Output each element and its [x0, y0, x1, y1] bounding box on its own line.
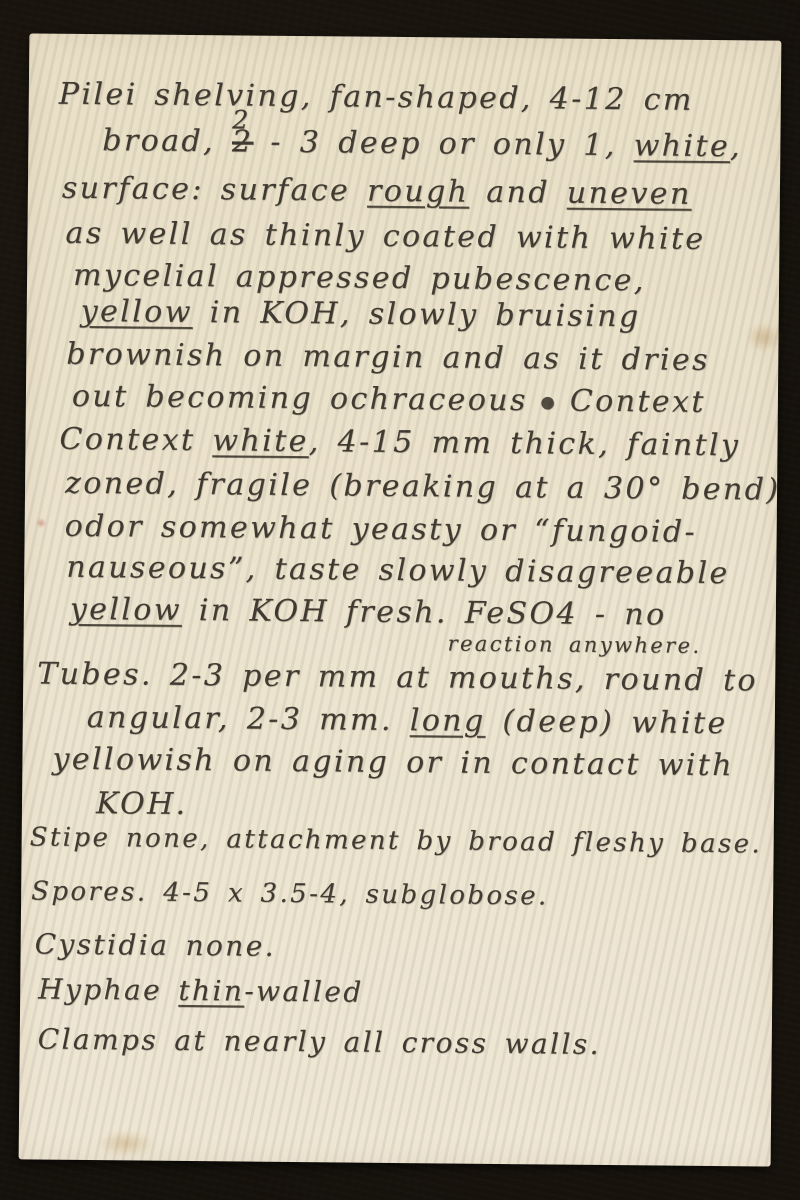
- note-card: Pilei shelving, fan-shaped, 4-12 cmbroad…: [19, 33, 782, 1166]
- handwritten-line: yellow in KOH fresh. FeSO4 - no: [70, 593, 667, 633]
- handwritten-line: reaction anywhere.: [447, 631, 701, 658]
- text-segment: surface: surface: [62, 171, 368, 209]
- text-segment: angular, 2-3 mm.: [87, 700, 410, 738]
- text-segment: Spores. 4-5 x 3.5-4, subglobose.: [31, 876, 549, 911]
- text-segment: yellowish on aging or in contact with: [52, 742, 734, 784]
- underlined-word: uneven: [567, 176, 692, 212]
- text-segment: odor somewhat yeasty or “fungoid-: [65, 509, 698, 550]
- text-segment: KOH.: [96, 786, 188, 822]
- handwritten-line: Context white, 4-15 mm thick, faintly: [59, 423, 740, 464]
- handwritten-line: angular, 2-3 mm. long (deep) white: [87, 701, 728, 742]
- text-segment: in KOH, slowly bruising: [193, 295, 641, 334]
- handwritten-line: surface: surface rough and uneven: [62, 172, 692, 213]
- text-segment: , 4-15 mm thick, faintly: [309, 424, 741, 463]
- handwritten-line: Clamps at nearly all cross walls.: [38, 1024, 601, 1062]
- text-segment: in KOH fresh. FeSO4 - no: [182, 593, 667, 633]
- ink-blot: ●: [528, 392, 570, 411]
- handwritten-line: mycelial appressed pubescence,: [73, 259, 646, 299]
- text-segment: 22: [232, 124, 254, 159]
- text-segment: (deep) white: [485, 704, 727, 741]
- handwritten-line: Hyphae thin-walled: [38, 974, 364, 1009]
- text-segment: Hyphae: [38, 973, 178, 1007]
- handwritten-text-block: Pilei shelving, fan-shaped, 4-12 cmbroad…: [19, 33, 782, 1166]
- text-segment: Cystidia none.: [35, 928, 277, 963]
- underlined-word: thin: [178, 974, 244, 1008]
- handwritten-line: nauseous”, taste slowly disagreeable: [66, 551, 730, 592]
- photo-background: Pilei shelving, fan-shaped, 4-12 cmbroad…: [0, 0, 800, 1200]
- text-segment: -walled: [244, 975, 364, 1009]
- text-segment: Pilei shelving, fan-shaped, 4-12 cm: [59, 77, 694, 118]
- handwritten-line: broad, 22 - 3 deep or only 1, white,: [102, 124, 742, 165]
- handwritten-line: brownish on margin and as it dries: [66, 338, 710, 379]
- text-segment: brownish on margin and as it dries: [66, 337, 710, 378]
- text-segment: Clamps at nearly all cross walls.: [38, 1023, 601, 1061]
- text-segment: - 3 deep or only 1,: [253, 125, 634, 164]
- underlined-word: yellow: [70, 592, 182, 628]
- text-segment: Context: [570, 384, 706, 420]
- handwritten-line: Cystidia none.: [35, 929, 277, 964]
- underlined-word: white: [634, 128, 731, 164]
- correction-overwrite: 2: [232, 106, 249, 135]
- handwritten-line: Pilei shelving, fan-shaped, 4-12 cm: [59, 78, 694, 119]
- underlined-word: yellow: [81, 294, 193, 330]
- handwritten-line: yellow in KOH, slowly bruising: [81, 295, 641, 335]
- handwritten-line: as well as thinly coated with white: [65, 217, 705, 258]
- text-segment: Stipe none, attachment by broad fleshy b…: [30, 822, 763, 859]
- text-segment: Tubes. 2-3 per mm at mouths, round to: [37, 657, 758, 699]
- handwritten-line: Stipe none, attachment by broad fleshy b…: [30, 823, 763, 860]
- underlined-word: white: [212, 423, 309, 459]
- text-segment: Context: [59, 422, 212, 458]
- handwritten-line: out becoming ochraceous ● Context: [72, 380, 706, 421]
- handwritten-line: KOH.: [96, 787, 188, 822]
- handwritten-line: yellowish on aging or in contact with: [52, 743, 734, 784]
- text-segment: as well as thinly coated with white: [65, 216, 705, 257]
- text-segment: zoned, fragile (breaking at a 30° bend): [65, 466, 781, 508]
- handwritten-line: odor somewhat yeasty or “fungoid-: [65, 510, 698, 551]
- text-segment: reaction anywhere.: [447, 631, 701, 657]
- text-segment: ,: [730, 129, 742, 164]
- underlined-word: rough: [367, 174, 470, 210]
- underlined-word: long: [410, 703, 486, 739]
- text-segment: broad,: [102, 123, 232, 159]
- text-segment: and: [469, 175, 567, 211]
- handwritten-line: Tubes. 2-3 per mm at mouths, round to: [37, 658, 758, 699]
- text-segment: nauseous”, taste slowly disagreeable: [66, 550, 730, 591]
- handwritten-line: Spores. 4-5 x 3.5-4, subglobose.: [31, 877, 549, 912]
- text-segment: mycelial appressed pubescence,: [73, 258, 646, 298]
- text-segment: out becoming ochraceous: [72, 379, 528, 418]
- handwritten-line: zoned, fragile (breaking at a 30° bend): [65, 467, 781, 508]
